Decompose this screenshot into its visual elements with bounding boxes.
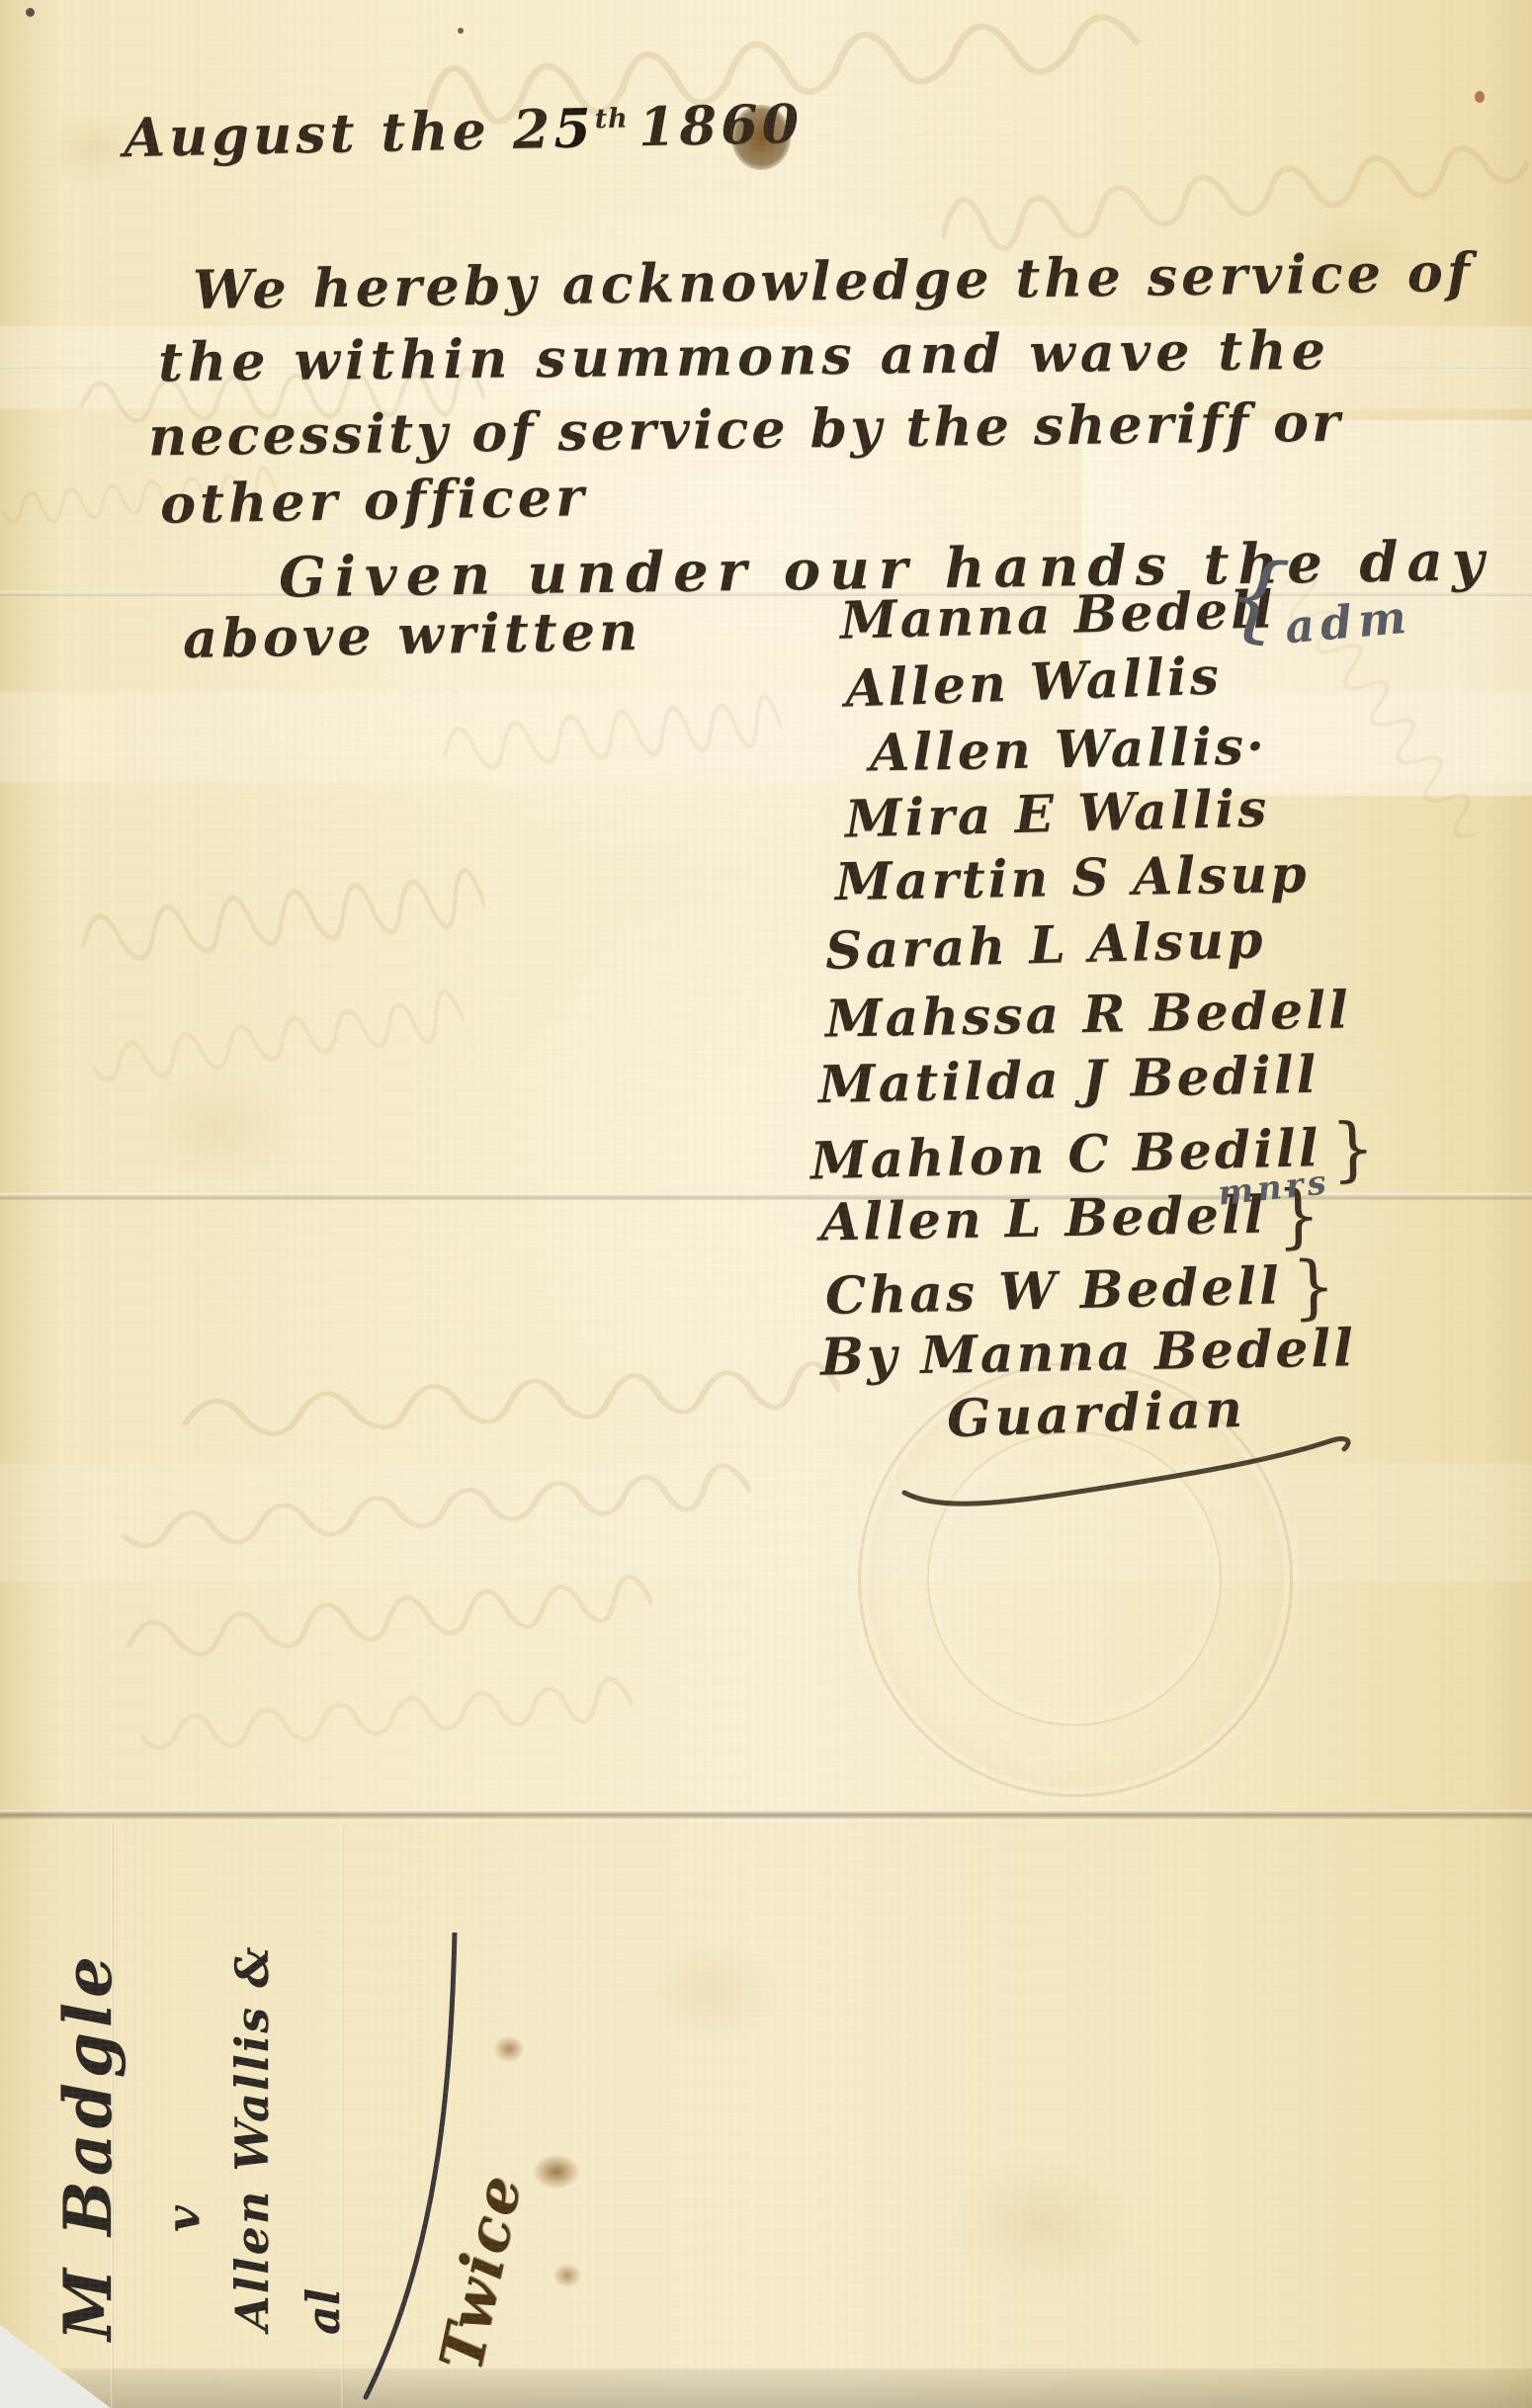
signature-brace: } xyxy=(1291,1246,1340,1328)
light-band-3 xyxy=(0,1463,1532,1582)
brown-smudge xyxy=(494,2036,524,2062)
scanned-document: August the 25th1860 We hereby acknowledg… xyxy=(0,0,1532,2408)
signature-row: Mahssa R Bedell xyxy=(825,980,1352,1049)
body-line-1: We hereby acknowledge the service of xyxy=(193,240,1475,321)
date-line: August the 25th1860 xyxy=(123,92,803,169)
rust-speck xyxy=(1475,91,1485,103)
date-year: 1860 xyxy=(638,92,804,158)
signature-row: Manna Bedell xyxy=(839,579,1276,651)
bleedthrough-ghost-writing xyxy=(97,1553,654,1679)
embossed-seal-inner xyxy=(927,1431,1222,1726)
bleedthrough-ghost-writing xyxy=(85,970,468,1106)
signature-row: Allen Wallis· xyxy=(869,716,1267,783)
bleedthrough-ghost-writing xyxy=(136,1659,635,1770)
bleedthrough-ghost-writing xyxy=(146,1340,841,1458)
ink-speck xyxy=(458,28,464,34)
paper-sheet: August the 25th1860 We hereby acknowledg… xyxy=(0,0,1532,2408)
fold-crease-3 xyxy=(0,1810,1532,1819)
date-day-overwritten: 5 xyxy=(553,96,596,160)
body-line-3: necessity of service by the sheriff or xyxy=(148,390,1343,469)
brown-smudge xyxy=(553,2264,581,2287)
bottom-edge-shadow xyxy=(0,2368,1532,2408)
docket-party-two-line1: Allen Wallis & xyxy=(225,1944,279,2331)
signature-brace: } xyxy=(1329,1107,1379,1189)
signature-row: Sarah L Alsup xyxy=(824,909,1266,982)
foxing-spot xyxy=(642,1937,781,2046)
signature-row: Mira E Wallis xyxy=(844,778,1270,849)
signature-row: Matilda J Bedill xyxy=(817,1045,1319,1116)
signature-row: Allen Wallis xyxy=(844,645,1223,719)
docket-note: Twice xyxy=(427,2167,537,2376)
foxing-spot xyxy=(138,1068,297,1186)
adm-brace-mark: { xyxy=(1222,539,1293,655)
date-ordinal: th xyxy=(594,104,629,135)
body-line-2: the within summons and wave the xyxy=(158,318,1331,393)
docket-versus: v xyxy=(156,2205,210,2232)
date-prefix: August the 2 xyxy=(123,97,554,169)
bleedthrough-ghost-writing xyxy=(421,670,784,792)
adm-annotation: adm xyxy=(1283,589,1414,653)
brown-smudge xyxy=(534,2155,579,2189)
light-band-2 xyxy=(0,692,1532,783)
ink-speck xyxy=(26,8,35,17)
bleedthrough-ghost-writing xyxy=(55,841,488,989)
docket-party-one: M Badgle xyxy=(49,1951,127,2341)
body-line-4: other officer xyxy=(159,465,588,536)
signature-row: By Manna Bedell xyxy=(820,1318,1357,1387)
bleedthrough-ghost-writing xyxy=(117,1445,753,1570)
signature-row: Martin S Alsup xyxy=(835,844,1311,912)
attestation-line-2: above written xyxy=(182,599,641,670)
docket-party-two-line2: al xyxy=(297,2288,350,2335)
foxing-spot xyxy=(949,2155,1137,2293)
guardian-label: Guardian xyxy=(946,1379,1247,1450)
